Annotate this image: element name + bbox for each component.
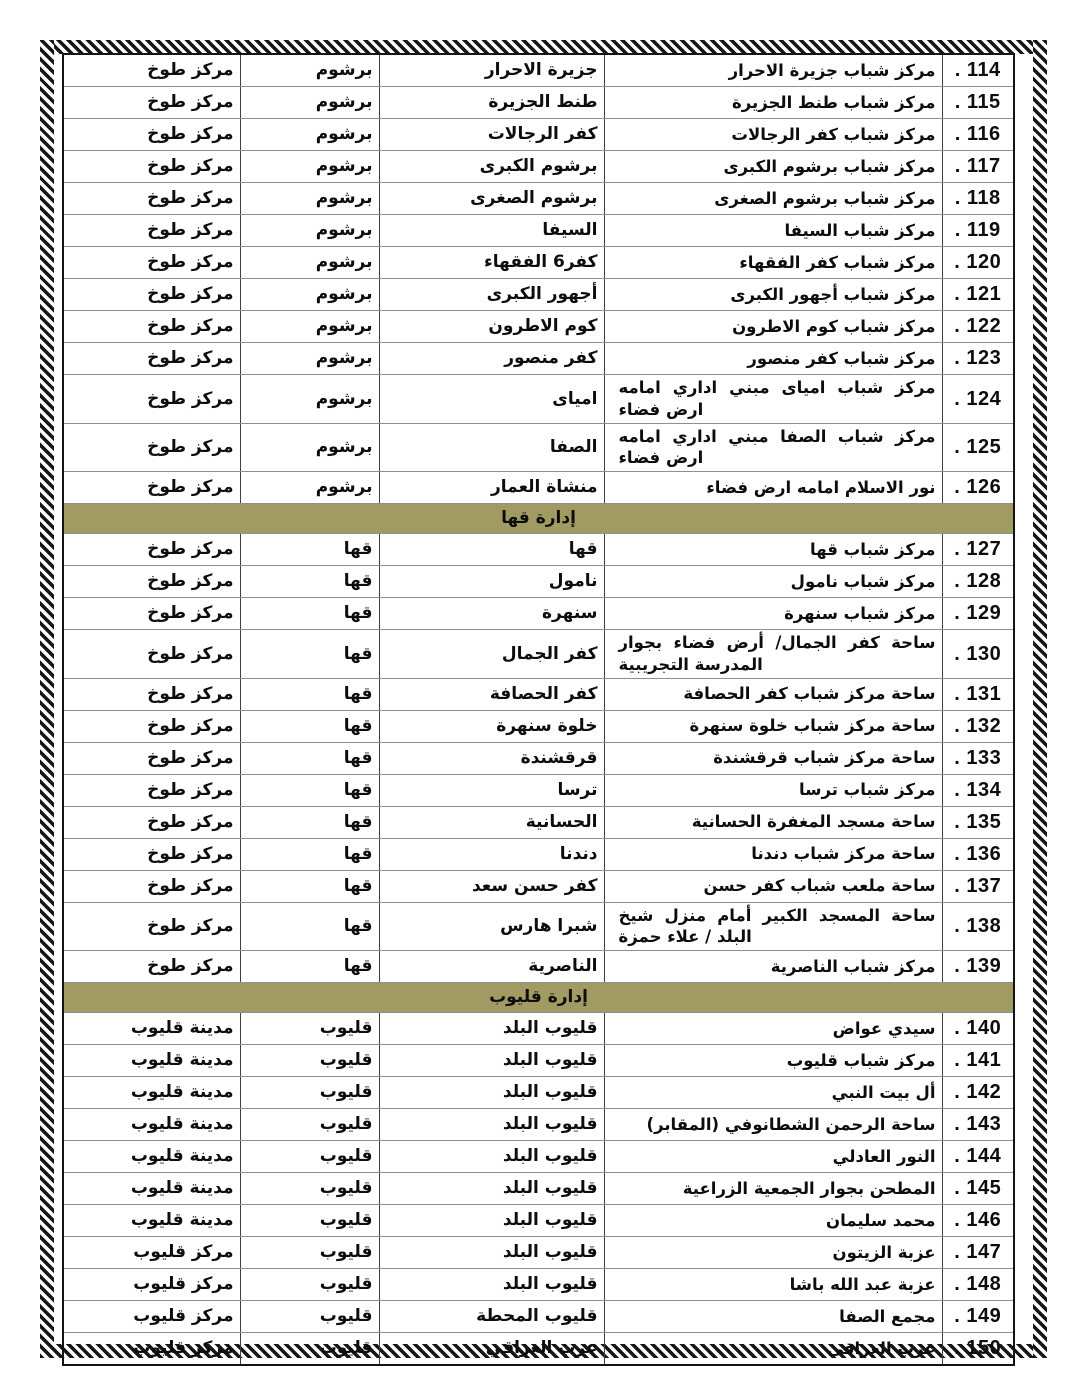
site-name-cell: مركز شباب كفر منصور — [604, 343, 942, 375]
table-row: . 140سيدي عواضقليوب البلدقليوبمدينة قليو… — [63, 1013, 1014, 1045]
site-name-cell: ساحة الرحمن الشطانوفي (المقابر) — [604, 1109, 942, 1141]
site-name-cell: ساحة المسجد الكبير أمام منزل شيخ البلد /… — [604, 902, 942, 951]
table-row: . 131ساحة مركز شباب كفر الحصافةكفر الحصا… — [63, 678, 1014, 710]
district-cell: قها — [240, 838, 379, 870]
center-cell: مركز طوخ — [63, 534, 240, 566]
district-cell: قها — [240, 566, 379, 598]
village-cell: نامول — [379, 566, 604, 598]
center-cell: مدينة قليوب — [63, 1141, 240, 1173]
site-name-cell: مركز شباب نامول — [604, 566, 942, 598]
table-row: . 134مركز شباب ترساترساقهامركز طوخ — [63, 774, 1014, 806]
center-cell: مركز طوخ — [63, 87, 240, 119]
center-cell: مركز طوخ — [63, 870, 240, 902]
center-cell: مركز طوخ — [63, 630, 240, 679]
row-number-cell: . 119 — [942, 215, 1014, 247]
table-row: . 122مركز شباب كوم الاطرونكوم الاطرونبرش… — [63, 311, 1014, 343]
site-name-cell: مركز شباب كوم الاطرون — [604, 311, 942, 343]
district-cell: قها — [240, 630, 379, 679]
district-cell: قها — [240, 902, 379, 951]
row-number-cell: . 114 — [942, 54, 1014, 87]
site-name-cell: مركز شباب ترسا — [604, 774, 942, 806]
row-number-cell: . 142 — [942, 1077, 1014, 1109]
center-cell: مدينة قليوب — [63, 1173, 240, 1205]
district-cell: برشوم — [240, 215, 379, 247]
district-cell: قها — [240, 678, 379, 710]
village-cell: قليوب البلد — [379, 1141, 604, 1173]
district-cell: قليوب — [240, 1045, 379, 1077]
site-name-cell: مركز شباب أجهور الكبرى — [604, 279, 942, 311]
site-name-cell: مركز شباب سنهرة — [604, 598, 942, 630]
table-row: . 143ساحة الرحمن الشطانوفي (المقابر)قليو… — [63, 1109, 1014, 1141]
district-cell: برشوم — [240, 87, 379, 119]
row-number-cell: . 117 — [942, 151, 1014, 183]
village-cell: كفر منصور — [379, 343, 604, 375]
decorative-hatch-border-left — [40, 40, 54, 1358]
village-cell: طنط الجزيرة — [379, 87, 604, 119]
village-cell: الحسانية — [379, 806, 604, 838]
row-number-cell: . 146 — [942, 1205, 1014, 1237]
site-name-cell: سيدي عواض — [604, 1013, 942, 1045]
site-name-cell: مركز شباب طنط الجزيرة — [604, 87, 942, 119]
center-cell: مركز طوخ — [63, 279, 240, 311]
table-row: . 149مجمع الصفاقليوب المحطةقليوبمركز قلي… — [63, 1301, 1014, 1333]
table-row: . 118مركز شباب برشوم الصغرىبرشوم الصغرىب… — [63, 183, 1014, 215]
village-cell: سنهرة — [379, 598, 604, 630]
center-cell: مركز طوخ — [63, 566, 240, 598]
village-cell: قليوب البلد — [379, 1237, 604, 1269]
site-name-cell: النور العادلي — [604, 1141, 942, 1173]
site-name-cell: ساحة كفر الجمال/ أرض فضاء بجوار المدرسة … — [604, 630, 942, 679]
row-number-cell: . 124 — [942, 375, 1014, 424]
village-cell: السيفا — [379, 215, 604, 247]
center-cell: مركز طوخ — [63, 742, 240, 774]
center-cell: مركز طوخ — [63, 902, 240, 951]
table-row: . 126نور الاسلام امامه ارض فضاءمنشاة الع… — [63, 472, 1014, 504]
table-row: . 117مركز شباب برشوم الكبرىبرشوم الكبرىب… — [63, 151, 1014, 183]
village-cell: دندنا — [379, 838, 604, 870]
site-name-cell: ساحة مركز شباب قرقشندة — [604, 742, 942, 774]
center-cell: مركز طوخ — [63, 598, 240, 630]
section-header-label: إدارة قها — [63, 504, 1014, 534]
table-row: . 139مركز شباب الناصريةالناصريةقهامركز ط… — [63, 951, 1014, 983]
site-name-cell: مركز شباب برشوم الكبرى — [604, 151, 942, 183]
district-cell: قليوب — [240, 1205, 379, 1237]
table-row: . 142أل بيت النبيقليوب البلدقليوبمدينة ق… — [63, 1077, 1014, 1109]
row-number-cell: . 137 — [942, 870, 1014, 902]
site-name-cell: ساحة مركز شباب دندنا — [604, 838, 942, 870]
row-number-cell: . 135 — [942, 806, 1014, 838]
district-cell: برشوم — [240, 119, 379, 151]
table-row: . 115مركز شباب طنط الجزيرةطنط الجزيرةبرش… — [63, 87, 1014, 119]
village-cell: قليوب البلد — [379, 1077, 604, 1109]
center-cell: مركز طوخ — [63, 311, 240, 343]
site-name-cell: عزبة عبد الله باشا — [604, 1269, 942, 1301]
table-row: . 147عزبة الزيتونقليوب البلدقليوبمركز قل… — [63, 1237, 1014, 1269]
village-cell: الصفا — [379, 423, 604, 472]
row-number-cell: . 121 — [942, 279, 1014, 311]
village-cell: قليوب البلد — [379, 1013, 604, 1045]
district-cell: قليوب — [240, 1333, 379, 1366]
row-number-cell: . 122 — [942, 311, 1014, 343]
table-row: . 124مركز شباب امياى مبني اداري امامه ار… — [63, 375, 1014, 424]
village-cell: قليوب المحطة — [379, 1301, 604, 1333]
district-cell: قليوب — [240, 1301, 379, 1333]
center-cell: مركز طوخ — [63, 806, 240, 838]
table-row: . 133ساحة مركز شباب قرقشندةقرقشندةقهامرك… — [63, 742, 1014, 774]
village-cell: كفر الرجالات — [379, 119, 604, 151]
row-number-cell: . 126 — [942, 472, 1014, 504]
table-row: . 130ساحة كفر الجمال/ أرض فضاء بجوار الم… — [63, 630, 1014, 679]
row-number-cell: . 147 — [942, 1237, 1014, 1269]
site-name-cell: ساحة ملعب شباب كفر حسن — [604, 870, 942, 902]
site-name-cell: المطحن بجوار الجمعية الزراعية — [604, 1173, 942, 1205]
table-row: . 146محمد سليمانقليوب البلدقليوبمدينة قل… — [63, 1205, 1014, 1237]
district-cell: قها — [240, 806, 379, 838]
village-cell: شبرا هارس — [379, 902, 604, 951]
table-row: . 141مركز شباب قليوبقليوب البلدقليوبمدين… — [63, 1045, 1014, 1077]
table-row: . 127مركز شباب قهاقهاقهامركز طوخ — [63, 534, 1014, 566]
table-row: . 121مركز شباب أجهور الكبرىأجهور الكبرىب… — [63, 279, 1014, 311]
row-number-cell: . 145 — [942, 1173, 1014, 1205]
center-cell: مدينة قليوب — [63, 1109, 240, 1141]
district-cell: قليوب — [240, 1077, 379, 1109]
district-cell: قليوب — [240, 1237, 379, 1269]
center-cell: مركز قليوب — [63, 1237, 240, 1269]
district-cell: برشوم — [240, 183, 379, 215]
decorative-hatch-border-right — [1033, 40, 1047, 1358]
village-cell: كفر الحصافة — [379, 678, 604, 710]
table-row: . 148عزبة عبد الله باشاقليوب البلدقليوبم… — [63, 1269, 1014, 1301]
village-cell: قليوب البلد — [379, 1205, 604, 1237]
center-cell: مركز طوخ — [63, 678, 240, 710]
row-number-cell: . 128 — [942, 566, 1014, 598]
table-row: . 137ساحة ملعب شباب كفر حسنكفر حسن سعدقه… — [63, 870, 1014, 902]
center-cell: مركز طوخ — [63, 54, 240, 87]
row-number-cell: . 148 — [942, 1269, 1014, 1301]
row-number-cell: . 115 — [942, 87, 1014, 119]
site-name-cell: مركز شباب الناصرية — [604, 951, 942, 983]
table-row: . 119مركز شباب السيفاالسيفابرشوممركز طوخ — [63, 215, 1014, 247]
site-name-cell: مركز شباب السيفا — [604, 215, 942, 247]
center-cell: مدينة قليوب — [63, 1077, 240, 1109]
row-number-cell: . 149 — [942, 1301, 1014, 1333]
center-cell: مركز طوخ — [63, 151, 240, 183]
district-cell: قليوب — [240, 1013, 379, 1045]
site-name-cell: مركز شباب كفر الفقهاء — [604, 247, 942, 279]
village-cell: كفر حسن سعد — [379, 870, 604, 902]
center-cell: مركز طوخ — [63, 119, 240, 151]
scanned-document-page: . 114مركز شباب جزيرة الاحرارجزيرة الاحرا… — [0, 0, 1082, 1400]
site-name-cell: أل بيت النبي — [604, 1077, 942, 1109]
village-cell: قليوب البلد — [379, 1173, 604, 1205]
row-number-cell: . 130 — [942, 630, 1014, 679]
village-cell: امياى — [379, 375, 604, 424]
site-name-cell: مركز شباب برشوم الصغرى — [604, 183, 942, 215]
row-number-cell: . 123 — [942, 343, 1014, 375]
site-name-cell: مركز شباب كفر الرجالات — [604, 119, 942, 151]
site-name-cell: محمد سليمان — [604, 1205, 942, 1237]
village-cell: خلوة سنهرة — [379, 710, 604, 742]
site-name-cell: ساحة مركز شباب خلوة سنهرة — [604, 710, 942, 742]
village-cell: قها — [379, 534, 604, 566]
row-number-cell: . 143 — [942, 1109, 1014, 1141]
row-number-cell: . 134 — [942, 774, 1014, 806]
district-cell: قليوب — [240, 1109, 379, 1141]
village-cell: عرب العراقي — [379, 1333, 604, 1366]
site-name-cell: نور الاسلام امامه ارض فضاء — [604, 472, 942, 504]
table-row: . 125مركز شباب الصفا مبني اداري امامه ار… — [63, 423, 1014, 472]
center-cell: مركز طوخ — [63, 710, 240, 742]
center-cell: مركز قليوب — [63, 1301, 240, 1333]
district-cell: قها — [240, 870, 379, 902]
table-row: . 145المطحن بجوار الجمعية الزراعيةقليوب … — [63, 1173, 1014, 1205]
row-number-cell: . 116 — [942, 119, 1014, 151]
row-number-cell: . 131 — [942, 678, 1014, 710]
table-row: . 128مركز شباب نامولنامولقهامركز طوخ — [63, 566, 1014, 598]
site-name-cell: ساحة مسجد المغفرة الحسانية — [604, 806, 942, 838]
table-row: . 138ساحة المسجد الكبير أمام منزل شيخ ال… — [63, 902, 1014, 951]
row-number-cell: . 127 — [942, 534, 1014, 566]
table-row: . 144النور العادليقليوب البلدقليوبمدينة … — [63, 1141, 1014, 1173]
village-cell: كوم الاطرون — [379, 311, 604, 343]
row-number-cell: . 138 — [942, 902, 1014, 951]
row-number-cell: . 139 — [942, 951, 1014, 983]
site-name-cell: عرب العراقي — [604, 1333, 942, 1366]
site-name-cell: مركز شباب الصفا مبني اداري امامه ارض فضا… — [604, 423, 942, 472]
village-cell: منشاة العمار — [379, 472, 604, 504]
row-number-cell: . 118 — [942, 183, 1014, 215]
center-cell: مدينة قليوب — [63, 1205, 240, 1237]
village-cell: برشوم الكبرى — [379, 151, 604, 183]
table-row: . 114مركز شباب جزيرة الاحرارجزيرة الاحرا… — [63, 54, 1014, 87]
district-cell: برشوم — [240, 247, 379, 279]
center-cell: مركز طوخ — [63, 423, 240, 472]
district-cell: برشوم — [240, 472, 379, 504]
district-cell: برشوم — [240, 343, 379, 375]
site-name-cell: مركز شباب جزيرة الاحرار — [604, 54, 942, 87]
site-name-cell: مجمع الصفا — [604, 1301, 942, 1333]
section-header-row: إدارة قها — [63, 504, 1014, 534]
village-cell: كفر الجمال — [379, 630, 604, 679]
village-cell: قليوب البلد — [379, 1109, 604, 1141]
site-name-cell: مركز شباب قها — [604, 534, 942, 566]
table-row: . 120مركز شباب كفر الفقهاءكفر6 الفقهاءبر… — [63, 247, 1014, 279]
table-row: . 150عرب العراقيعرب العراقيقليوبمركز قلي… — [63, 1333, 1014, 1366]
row-number-cell: . 133 — [942, 742, 1014, 774]
site-name-cell: مركز شباب قليوب — [604, 1045, 942, 1077]
center-cell: مركز طوخ — [63, 774, 240, 806]
village-cell: قليوب البلد — [379, 1269, 604, 1301]
district-cell: برشوم — [240, 279, 379, 311]
site-name-cell: ساحة مركز شباب كفر الحصافة — [604, 678, 942, 710]
center-cell: مدينة قليوب — [63, 1045, 240, 1077]
site-name-cell: مركز شباب امياى مبني اداري امامه ارض فضا… — [604, 375, 942, 424]
village-cell: قرقشندة — [379, 742, 604, 774]
site-name-cell: عزبة الزيتون — [604, 1237, 942, 1269]
table-row: . 136ساحة مركز شباب دندنادندناقهامركز طو… — [63, 838, 1014, 870]
district-cell: قها — [240, 598, 379, 630]
district-cell: برشوم — [240, 423, 379, 472]
youth-centers-table-body: . 114مركز شباب جزيرة الاحرارجزيرة الاحرا… — [63, 54, 1014, 1365]
center-cell: مركز طوخ — [63, 183, 240, 215]
district-cell: قها — [240, 951, 379, 983]
youth-centers-table: . 114مركز شباب جزيرة الاحرارجزيرة الاحرا… — [62, 53, 1015, 1366]
center-cell: مركز طوخ — [63, 838, 240, 870]
district-cell: قليوب — [240, 1141, 379, 1173]
center-cell: مركز طوخ — [63, 472, 240, 504]
table-row: . 129مركز شباب سنهرةسنهرةقهامركز طوخ — [63, 598, 1014, 630]
table-row: . 132ساحة مركز شباب خلوة سنهرةخلوة سنهرة… — [63, 710, 1014, 742]
center-cell: مركز طوخ — [63, 951, 240, 983]
row-number-cell: . 141 — [942, 1045, 1014, 1077]
village-cell: جزيرة الاحرار — [379, 54, 604, 87]
center-cell: مركز طوخ — [63, 215, 240, 247]
row-number-cell: . 144 — [942, 1141, 1014, 1173]
center-cell: مركز طوخ — [63, 375, 240, 424]
row-number-cell: . 129 — [942, 598, 1014, 630]
section-header-row: إدارة قليوب — [63, 983, 1014, 1013]
district-cell: برشوم — [240, 311, 379, 343]
decorative-hatch-border-top — [40, 40, 1047, 54]
village-cell: قليوب البلد — [379, 1045, 604, 1077]
village-cell: الناصرية — [379, 951, 604, 983]
table-row: . 116مركز شباب كفر الرجالاتكفر الرجالاتب… — [63, 119, 1014, 151]
district-cell: قها — [240, 742, 379, 774]
row-number-cell: . 136 — [942, 838, 1014, 870]
village-cell: أجهور الكبرى — [379, 279, 604, 311]
village-cell: برشوم الصغرى — [379, 183, 604, 215]
district-cell: قليوب — [240, 1269, 379, 1301]
district-cell: برشوم — [240, 151, 379, 183]
center-cell: مركز طوخ — [63, 247, 240, 279]
table-row: . 135ساحة مسجد المغفرة الحسانيةالحسانيةق… — [63, 806, 1014, 838]
row-number-cell: . 140 — [942, 1013, 1014, 1045]
row-number-cell: . 125 — [942, 423, 1014, 472]
row-number-cell: . 150 — [942, 1333, 1014, 1366]
row-number-cell: . 120 — [942, 247, 1014, 279]
district-cell: برشوم — [240, 54, 379, 87]
table-row: . 123مركز شباب كفر منصوركفر منصوربرشوممر… — [63, 343, 1014, 375]
center-cell: مركز قليوب — [63, 1269, 240, 1301]
district-cell: قها — [240, 710, 379, 742]
section-header-label: إدارة قليوب — [63, 983, 1014, 1013]
village-cell: ترسا — [379, 774, 604, 806]
row-number-cell: . 132 — [942, 710, 1014, 742]
center-cell: مدينة قليوب — [63, 1013, 240, 1045]
village-cell: كفر6 الفقهاء — [379, 247, 604, 279]
center-cell: مركز قليوب — [63, 1333, 240, 1366]
district-cell: قها — [240, 534, 379, 566]
center-cell: مركز طوخ — [63, 343, 240, 375]
district-cell: قها — [240, 774, 379, 806]
district-cell: برشوم — [240, 375, 379, 424]
district-cell: قليوب — [240, 1173, 379, 1205]
